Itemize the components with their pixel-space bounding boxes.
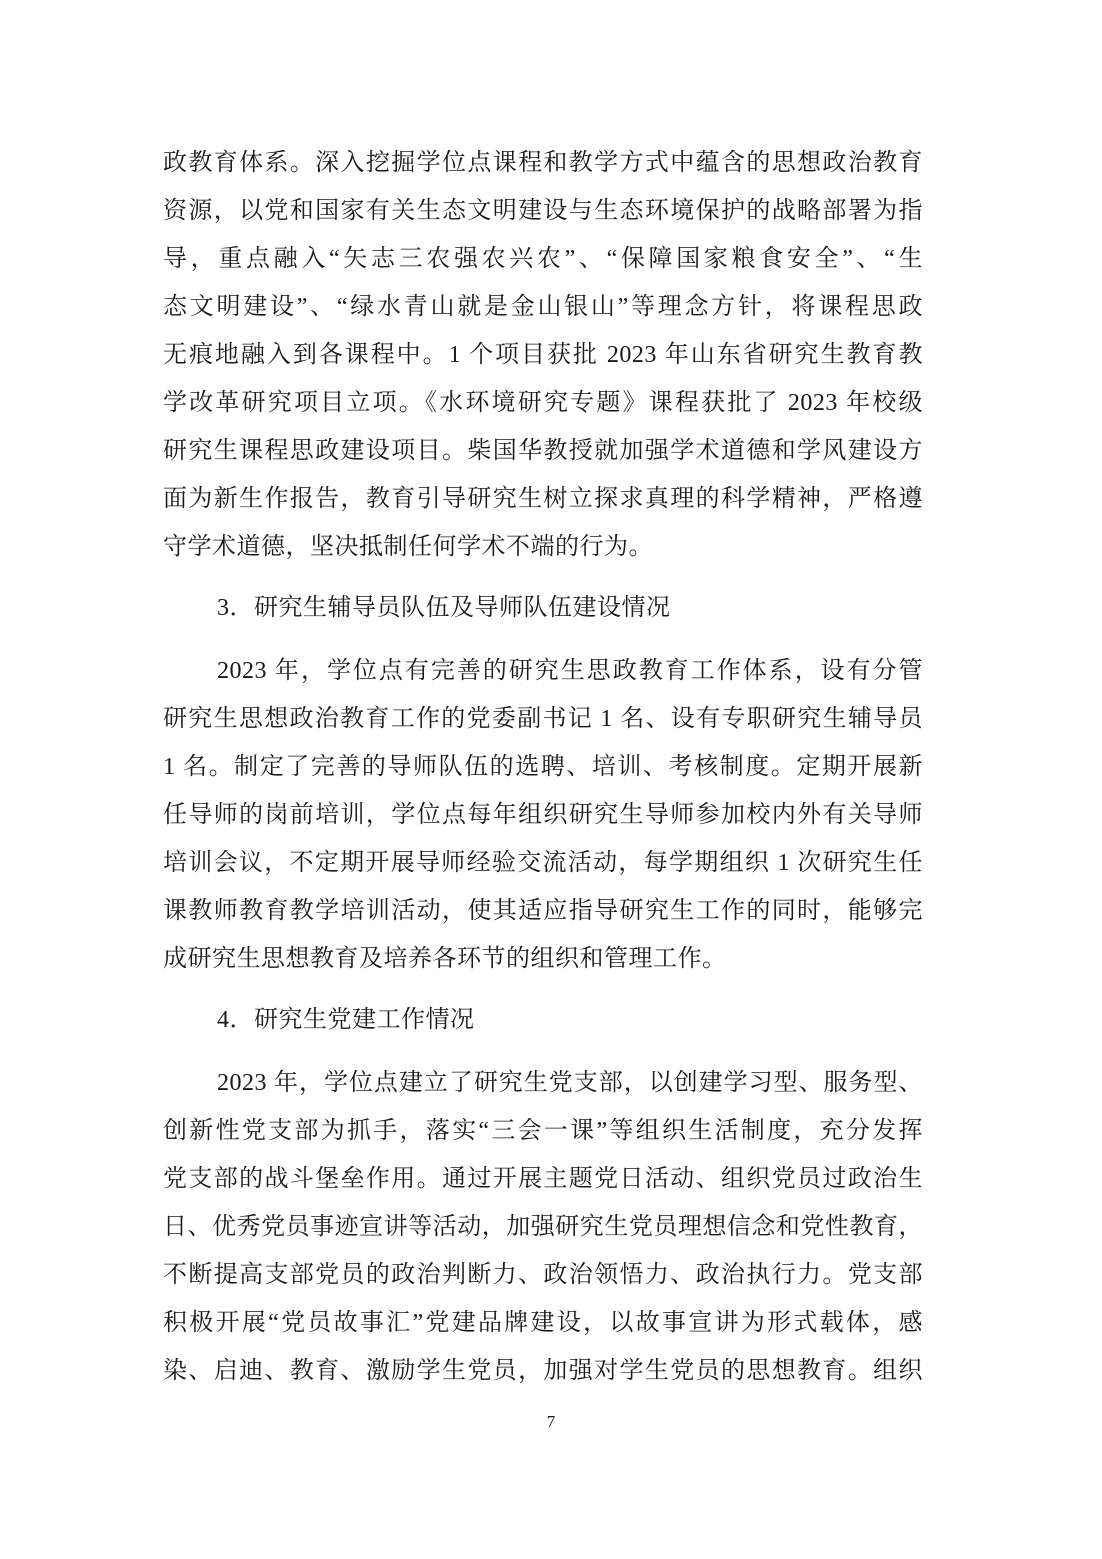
text-line: 任导师的岗前培训，学位点每年组织研究生导师参加校内外有关导师 bbox=[163, 791, 923, 839]
section-heading: 3．研究生辅导员队伍及导师队伍建设情况 bbox=[163, 584, 923, 632]
page-footer: 7 bbox=[0, 1410, 1102, 1434]
text-line: 课教师教育教学培训活动，使其适应指导研究生工作的同时，能够完 bbox=[163, 887, 923, 935]
document-body: 政教育体系。深入挖掘学位点课程和教学方式中蕴含的思想政治教育资源，以党和国家有关… bbox=[163, 139, 923, 1395]
page-number: 7 bbox=[547, 1412, 556, 1431]
section-heading: 4．研究生党建工作情况 bbox=[163, 996, 923, 1044]
text-line: 无痕地融入到各课程中。1 个项目获批 2023 年山东省研究生教育教 bbox=[163, 331, 923, 379]
text-line: 研究生思想政治教育工作的党委副书记 1 名、设有专职研究生辅导员 bbox=[163, 695, 923, 743]
heading-text: 4．研究生党建工作情况 bbox=[163, 996, 923, 1044]
text-line: 政教育体系。深入挖掘学位点课程和教学方式中蕴含的思想政治教育 bbox=[163, 139, 923, 187]
text-line: 学改革研究项目立项。《水环境研究专题》课程获批了 2023 年校级 bbox=[163, 379, 923, 427]
text-line: 态文明建设”、“绿水青山就是金山银山”等理念方针，将课程思政 bbox=[163, 283, 923, 331]
text-line: 导，重点融入“矢志三农强农兴农”、“保障国家粮食安全”、“生 bbox=[163, 235, 923, 283]
body-paragraph: 政教育体系。深入挖掘学位点课程和教学方式中蕴含的思想政治教育资源，以党和国家有关… bbox=[163, 139, 923, 571]
text-line: 日、优秀党员事迹宣讲等活动，加强研究生党员理想信念和党性教育， bbox=[163, 1203, 923, 1251]
text-line: 创新性党支部为抓手，落实“三会一课”等组织生活制度，充分发挥 bbox=[163, 1107, 923, 1155]
document-page: { "page": { "colors": { "background": "#… bbox=[0, 0, 1102, 1559]
text-line: 1 名。制定了完善的导师队伍的选聘、培训、考核制度。定期开展新 bbox=[163, 743, 923, 791]
text-line: 党支部的战斗堡垒作用。通过开展主题党日活动、组织党员过政治生 bbox=[163, 1155, 923, 1203]
text-line: 资源，以党和国家有关生态文明建设与生态环境保护的战略部署为指 bbox=[163, 187, 923, 235]
text-line: 积极开展“党员故事汇”党建品牌建设，以故事宣讲为形式载体，感 bbox=[163, 1299, 923, 1347]
text-line: 不断提高支部党员的政治判断力、政治领悟力、政治执行力。党支部 bbox=[163, 1251, 923, 1299]
text-line: 守学术道德，坚决抵制任何学术不端的行为。 bbox=[163, 523, 923, 571]
text-line: 研究生课程思政建设项目。柴国华教授就加强学术道德和学风建设方 bbox=[163, 427, 923, 475]
text-line: 培训会议，不定期开展导师经验交流活动，每学期组织 1 次研究生任 bbox=[163, 839, 923, 887]
text-line: 2023 年，学位点建立了研究生党支部，以创建学习型、服务型、 bbox=[163, 1059, 923, 1107]
text-line: 成研究生思想教育及培养各环节的组织和管理工作。 bbox=[163, 935, 923, 983]
heading-text: 3．研究生辅导员队伍及导师队伍建设情况 bbox=[163, 584, 923, 632]
text-line: 染、启迪、教育、激励学生党员，加强对学生党员的思想教育。组织 bbox=[163, 1347, 923, 1395]
body-paragraph: 2023 年，学位点建立了研究生党支部，以创建学习型、服务型、创新性党支部为抓手… bbox=[163, 1059, 923, 1395]
text-line: 2023 年，学位点有完善的研究生思政教育工作体系，设有分管 bbox=[163, 647, 923, 695]
text-line: 面为新生作报告，教育引导研究生树立探求真理的科学精神，严格遵 bbox=[163, 475, 923, 523]
body-paragraph: 2023 年，学位点有完善的研究生思政教育工作体系，设有分管研究生思想政治教育工… bbox=[163, 647, 923, 983]
